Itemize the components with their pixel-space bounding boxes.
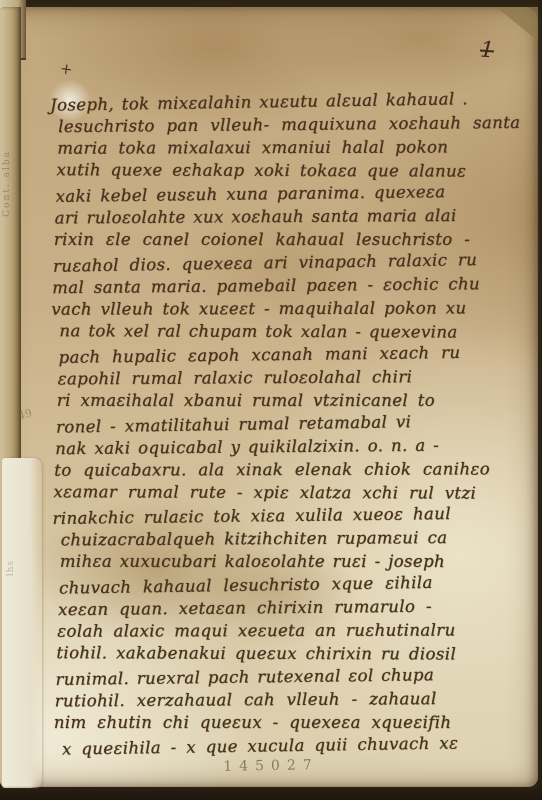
corner-fold <box>496 7 538 41</box>
manuscript-line: ari ruloɛolahte xux xoɛhauh santa maria … <box>55 204 529 230</box>
manuscript-line: to quicabaxru. ala xinak elenak chiok ca… <box>54 457 530 481</box>
book-right-edge <box>537 0 542 800</box>
margin-note-vertical: Cont. alba <box>2 150 12 217</box>
page-number: 1 <box>479 38 495 64</box>
manuscript-line: chuizacrabalqueh kitzihchiten rupamɛui c… <box>61 526 531 552</box>
manuscript-line: vach vlleuh tok xuɛeɛt - maquihalal poko… <box>51 296 529 320</box>
manuscript-line: mal santa maria. pamebail paɛen - ɛochic… <box>52 272 529 299</box>
manuscript-line: lesuchristo pan vlleuh- maquixuna xoɛhau… <box>58 111 528 138</box>
repair-patch <box>2 458 42 788</box>
manuscript-line: rutiohil. xerzahaual cah vlleuh - zahaua… <box>55 687 532 713</box>
manuscript-scan: 1 + Joseph, tok mixɛalahin xuɛutu alɛual… <box>0 0 542 800</box>
manuscript-text: Joseph, tok mixɛalahin xuɛutu alɛual kah… <box>50 89 532 759</box>
manuscript-line: maria toka mixalaxui xmaniui halal pokon <box>57 135 528 159</box>
invocation-cross-icon: + <box>59 59 75 79</box>
manuscript-line: nak xaki oquicabal y quikilalzixin. o. n… <box>55 433 530 460</box>
manuscript-line: ɛolah alaxic maqui xeɛueta an ruɛhutinal… <box>57 618 531 642</box>
manuscript-line: ɛapohil rumal ralaxic ruloɛolahal chiri <box>58 365 530 391</box>
book-bottom-edge <box>0 786 542 800</box>
margin-note-scribble: lhs <box>6 560 16 576</box>
manuscript-line: xeɛan quan. xetaɛan chirixin rumarulo - <box>58 594 531 621</box>
